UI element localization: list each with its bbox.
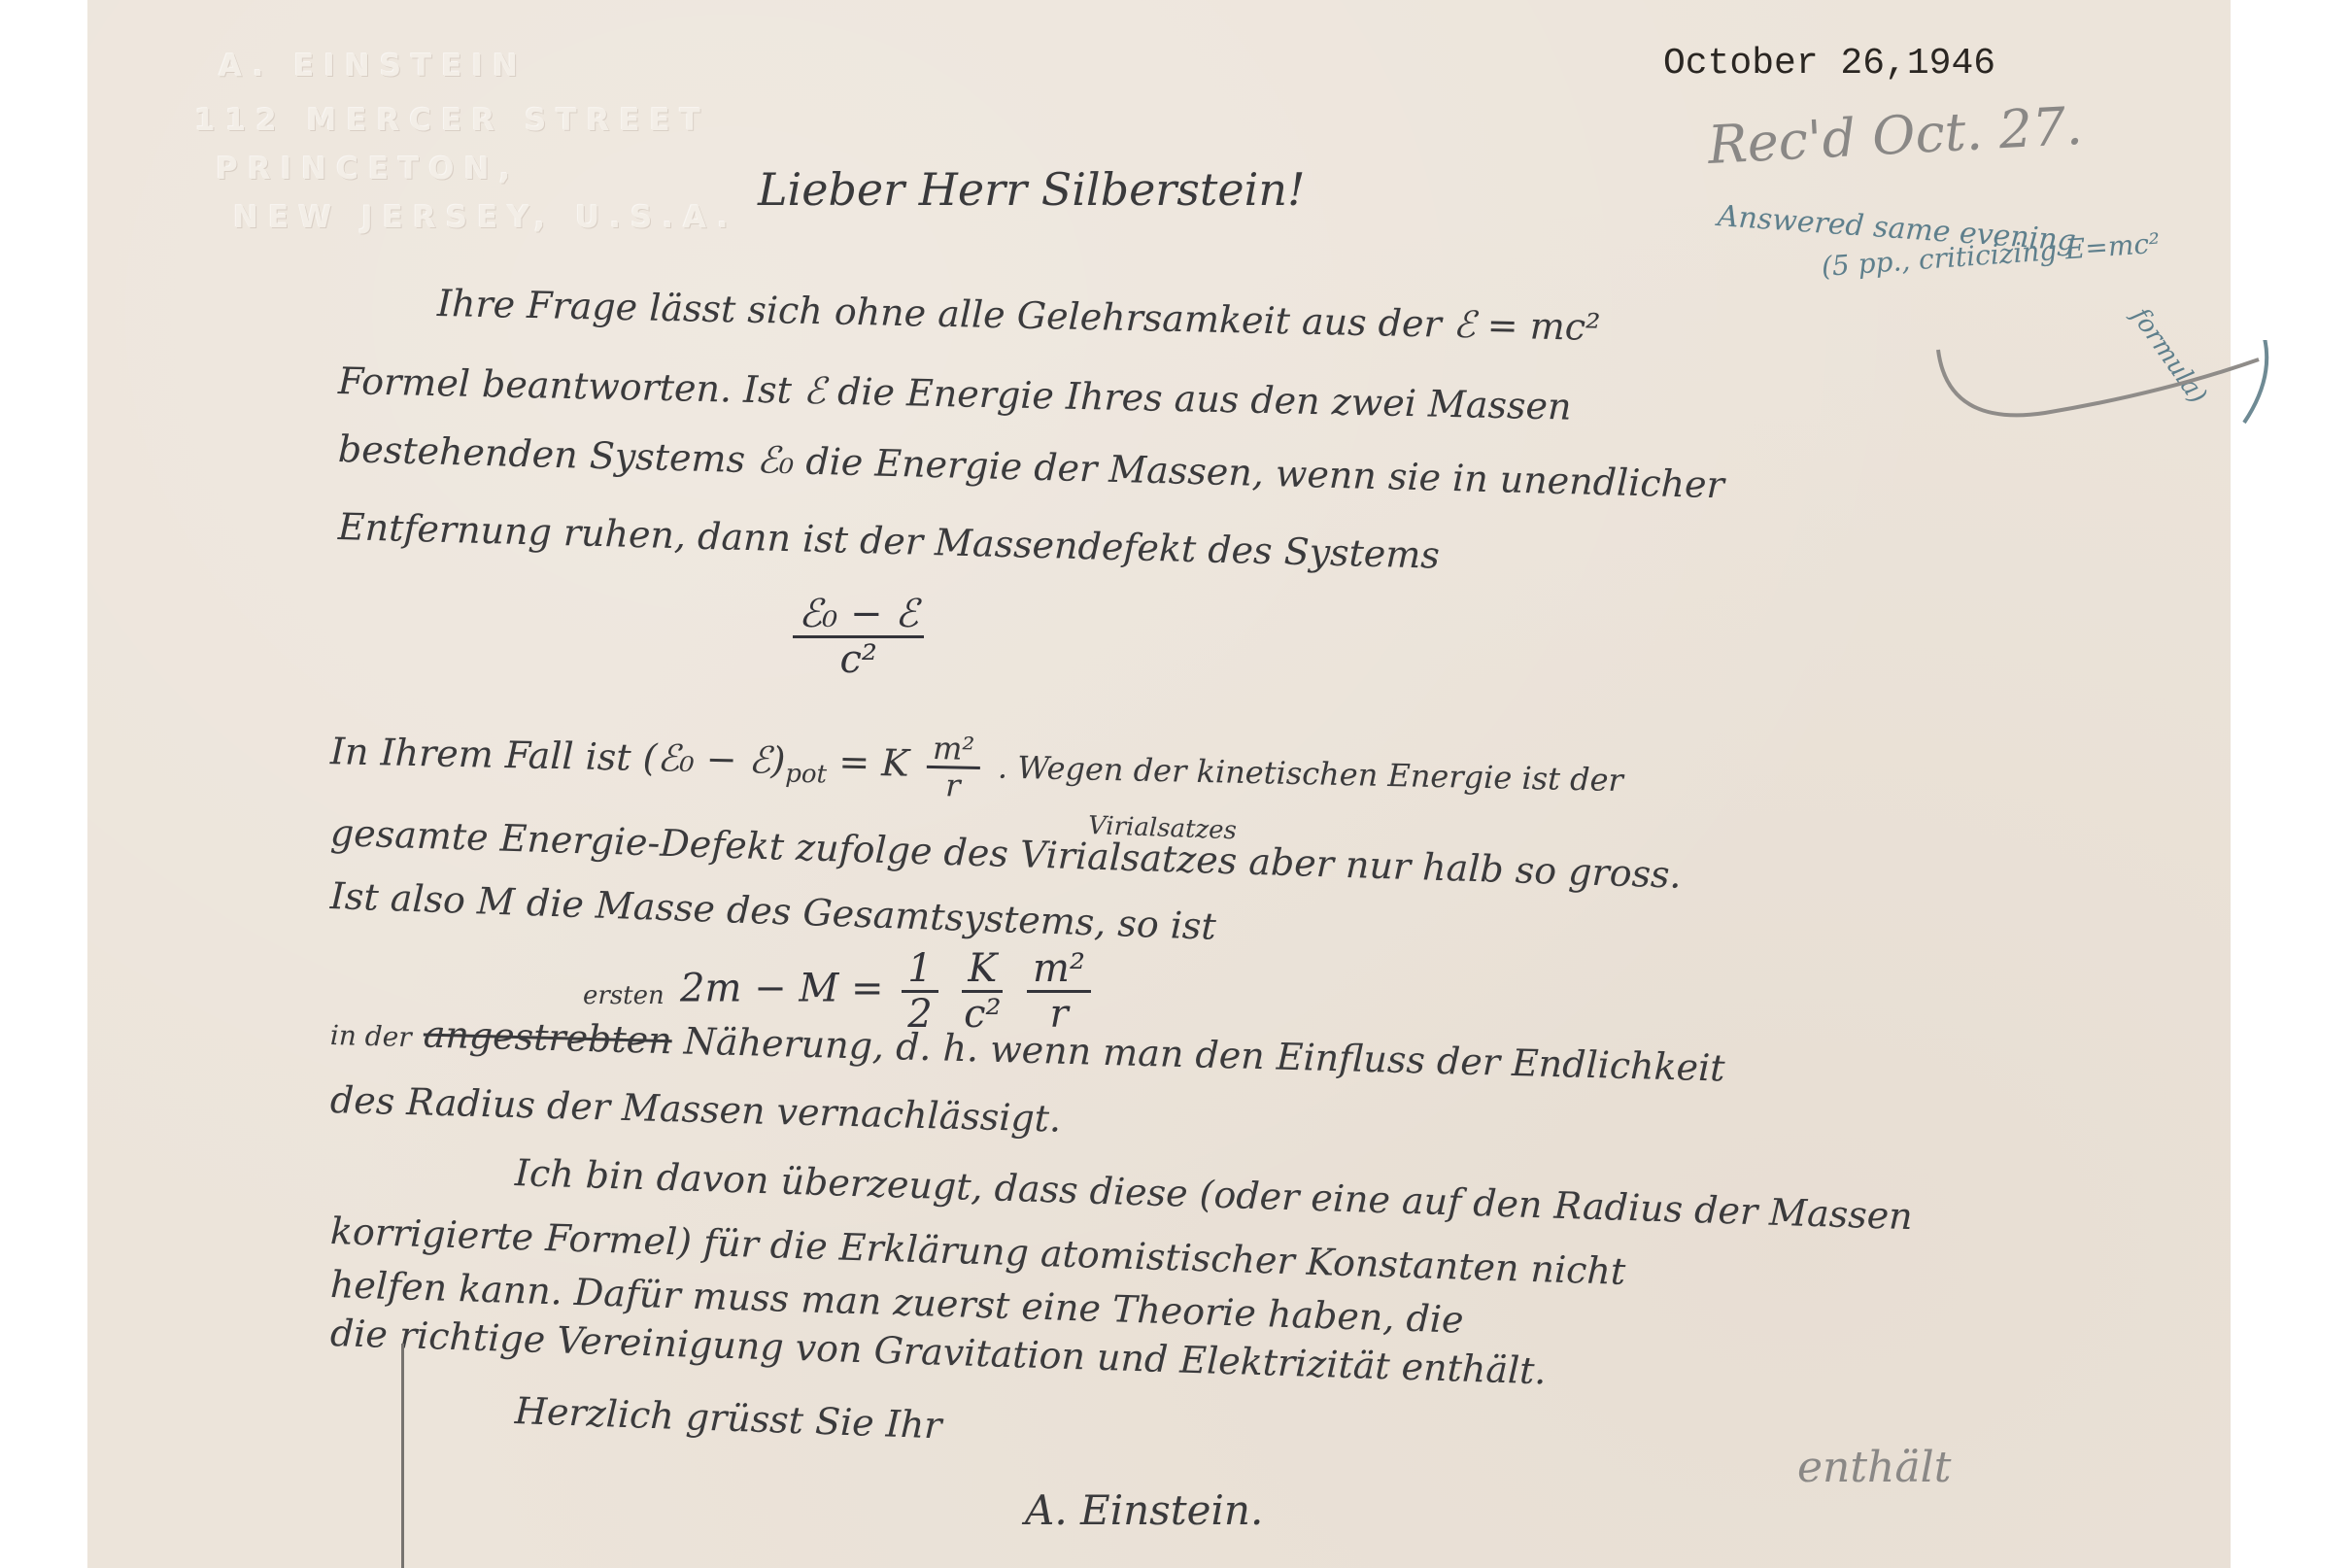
- letter-paper: A. EINSTEIN 112 MERCER STREET PRINCETON,…: [87, 0, 2231, 1568]
- formula1-numerator: ℰ₀ − ℰ: [793, 593, 924, 638]
- mass-defect-formula: ℰ₀ − ℰ c²: [787, 593, 930, 681]
- salutation: Lieber Herr Silberstein!: [758, 163, 1305, 216]
- in-der-text: in der: [329, 1019, 412, 1053]
- frac-num: m²: [927, 732, 981, 769]
- naeherung-text: Näherung, d. h. wenn man den Einfluss de…: [683, 1020, 1725, 1090]
- pot-subscript: pot: [785, 760, 827, 790]
- letterhead-name: A. EINSTEIN: [219, 49, 528, 84]
- body-line-9: des Radius der Massen vernachlässigt.: [329, 1078, 1061, 1141]
- pencil-margin-line: [401, 1344, 404, 1568]
- body-line-5: In Ihrem Fall ist (ℰ₀ − ℰ)pot = K m² r .…: [329, 719, 1623, 817]
- margin-word: enthält: [1797, 1443, 1951, 1492]
- formula1-denominator: c²: [839, 638, 876, 681]
- k-num: K: [962, 947, 1003, 993]
- body-line-3: bestehenden Systems ℰ₀ die Energie der M…: [337, 427, 1724, 506]
- body-line-1: Ihre Frage lässt sich ohne alle Gelehrsa…: [437, 282, 1601, 349]
- signature: A. Einstein.: [1025, 1486, 1263, 1534]
- half-num: 1: [902, 947, 937, 993]
- letter-date: October 26,1946: [1663, 43, 1995, 85]
- equals-k: = K: [838, 740, 909, 785]
- potential-energy-text: In Ihrem Fall ist (ℰ₀ − ℰ): [330, 730, 786, 782]
- struck-word: angestrebten: [423, 1013, 672, 1063]
- formula2-lhs: 2m − M =: [680, 967, 884, 1011]
- letterhead-street: 112 MERCER STREET: [194, 103, 710, 138]
- received-note: Rec'd Oct. 27.: [1706, 95, 2084, 176]
- letterhead-state: NEW JERSEY, U.S.A.: [233, 200, 737, 235]
- body-line-2: Formel beantworten. Ist ℰ die Energie Ih…: [338, 359, 1572, 428]
- closing: Herzlich grüsst Sie Ihr: [514, 1389, 942, 1447]
- kinetic-energy-text: . Wegen der kinetischen Energie ist der: [998, 749, 1624, 799]
- ersten-insert: ersten: [583, 981, 665, 1010]
- frac-den: r: [945, 768, 961, 803]
- body-line-7: Ist also M die Masse des Gesamtsystems, …: [329, 874, 1216, 948]
- m2-num: m²: [1027, 947, 1091, 993]
- body-line-4: Entfernung ruhen, dann ist der Massendef…: [337, 505, 1440, 577]
- letterhead-city: PRINCETON,: [216, 152, 520, 187]
- pencil-arrow-icon: [1928, 340, 2352, 457]
